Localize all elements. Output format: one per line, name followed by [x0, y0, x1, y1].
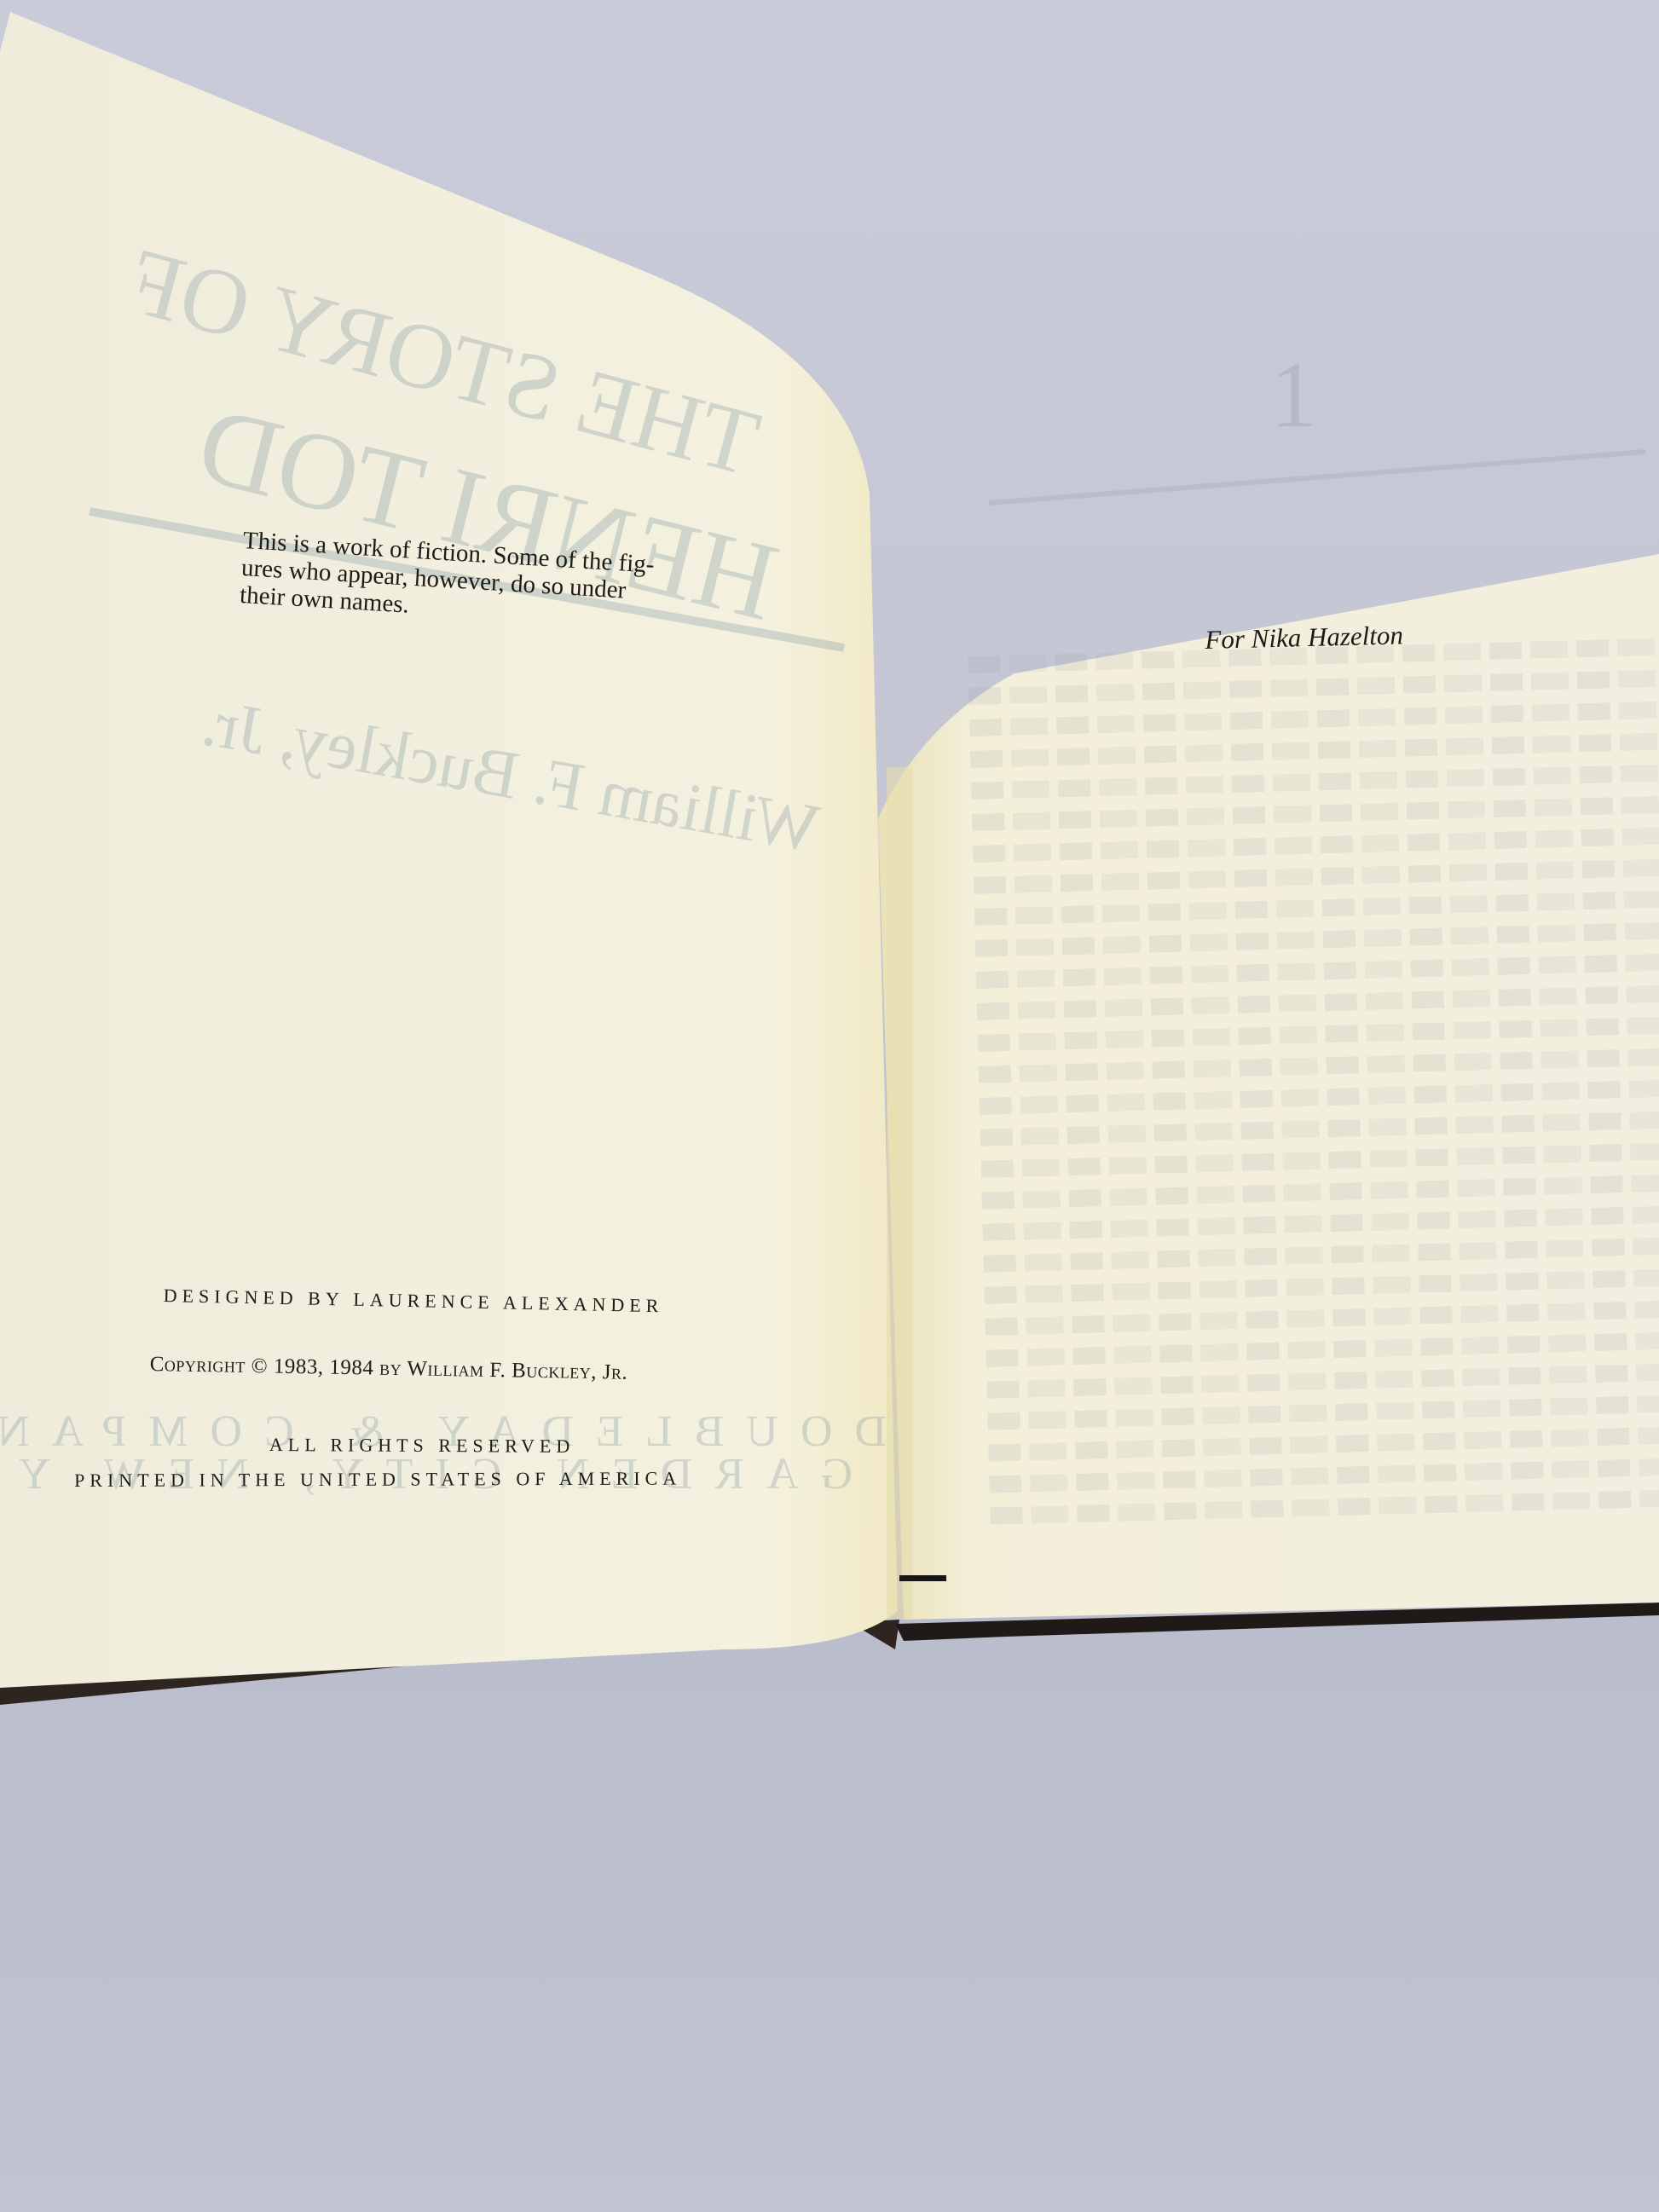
show-through-chapter-number: 1	[1270, 341, 1317, 449]
rights-reserved: ALL RIGHTS RESERVED	[269, 1434, 575, 1458]
book-photo: THE STORY OF HENRI TOD William F. Buckle…	[0, 0, 1659, 2212]
gutter-mark	[899, 1575, 946, 1581]
show-through-body-text	[968, 637, 1659, 1539]
dedication: For Nika Hazelton	[1205, 620, 1403, 656]
printed-in-line: PRINTED IN THE UNITED STATES OF AMERICA	[74, 1468, 681, 1492]
